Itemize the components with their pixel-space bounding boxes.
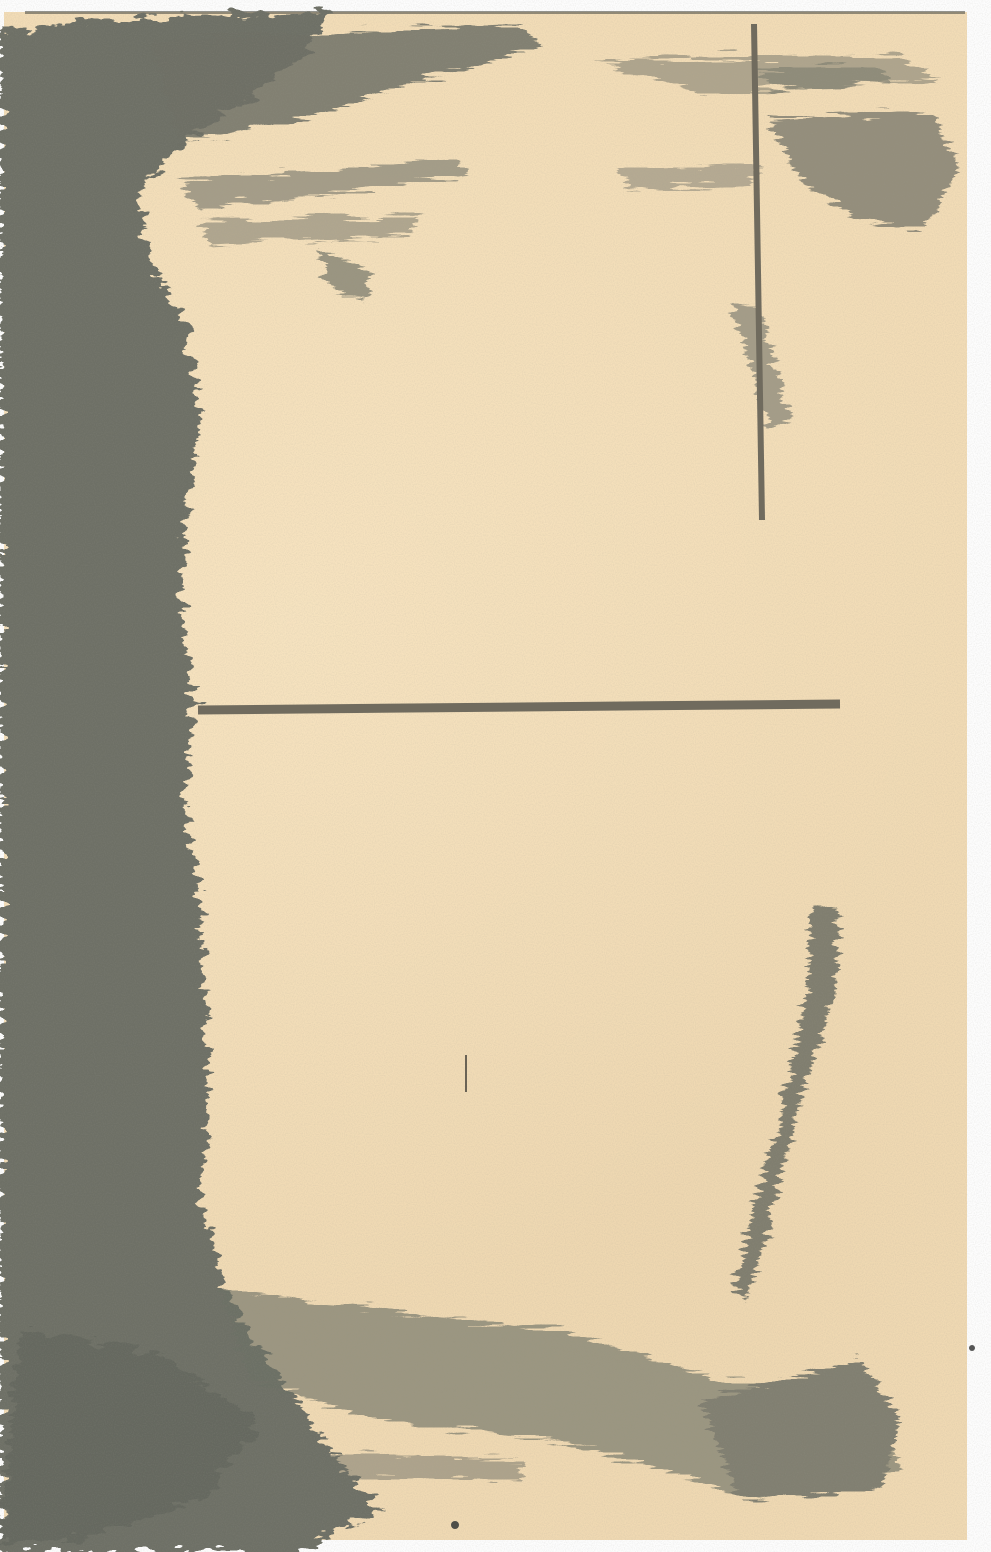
postcard-photo — [0, 0, 991, 1552]
ink-dot — [969, 1345, 975, 1351]
speckle-texture — [0, 0, 991, 1552]
smudge-layer — [0, 0, 991, 1552]
horizontal-divider-line — [198, 704, 840, 710]
ink-dot — [451, 1521, 459, 1529]
